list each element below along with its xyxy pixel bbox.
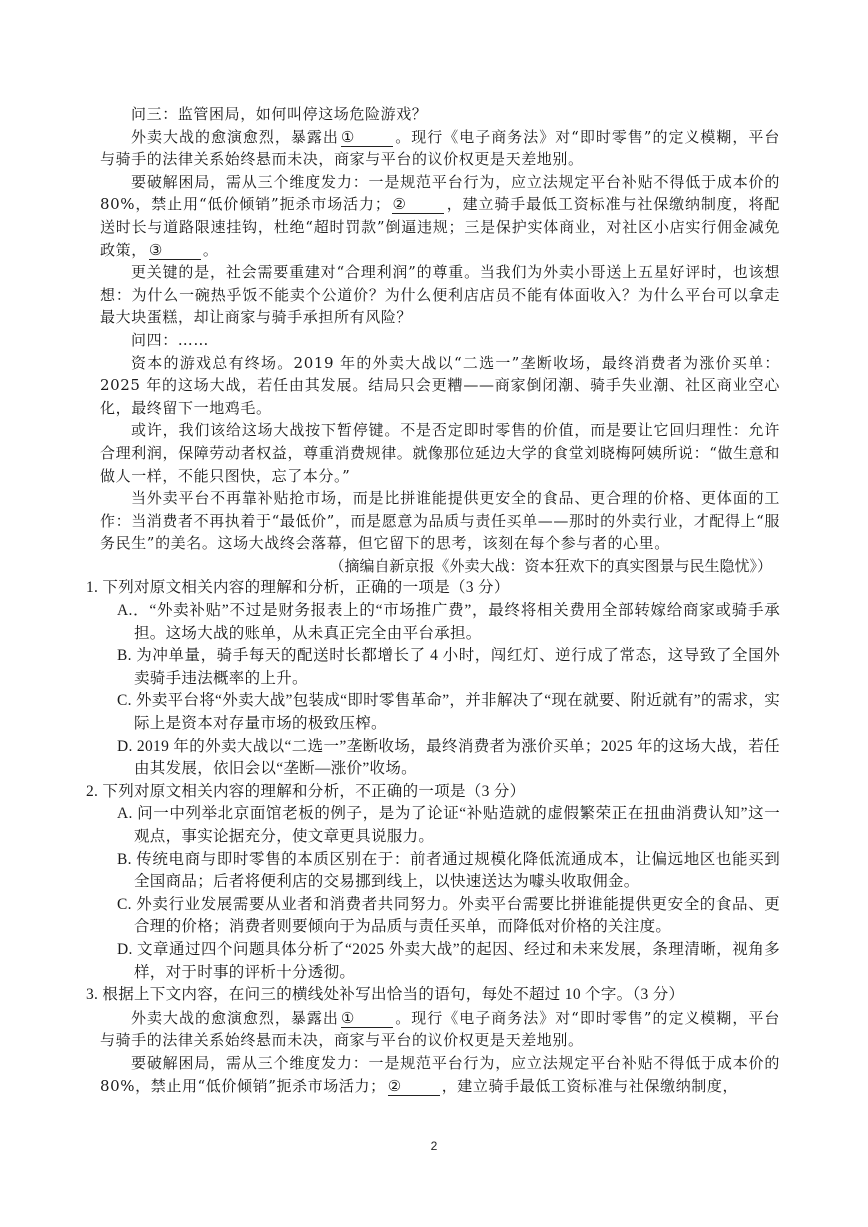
- option-c: C. 外卖平台将“外卖大战”包装成“即时零售革命”，并非解决了“现在就要、附近就…: [100, 690, 780, 735]
- text: 外卖大战的愈演愈烈，暴露出: [131, 128, 339, 146]
- q4-heading: 问四：……: [100, 329, 780, 352]
- option-a: A.．“外卖补贴”不过是财务报表上的“市场推广费”，最终将相关费用全部转嫁给商家…: [100, 600, 780, 645]
- quoted-paragraph-1: 外卖大战的愈演愈烈，暴露出①。现行《电子商务法》对“即时零售”的定义模糊，平台与…: [100, 1007, 780, 1052]
- page-number: 2: [0, 1139, 868, 1153]
- option-c: C. 外卖行业发展需要从业者和消费者共同努力。外卖平台需要比拼谁能提供更安全的食…: [100, 894, 780, 939]
- text: 外卖大战的愈演愈烈，暴露出: [131, 1009, 339, 1027]
- fill-blank-3: ③: [149, 241, 201, 260]
- option-b: B. 为冲单量，骑手每天的配送时长都增长了 4 小时，闯红灯、逆行成了常态，这导…: [100, 645, 780, 690]
- fill-blank-1: ①: [341, 128, 393, 147]
- text: 。: [203, 241, 219, 259]
- question-2: 2. 下列对原文相关内容的理解和分析，不正确的一项是（3 分） A. 问一中列举…: [100, 781, 780, 984]
- text: ，建立骑手最低工资标准与社保缴纳制度，: [442, 1077, 738, 1095]
- quoted-paragraph-2: 要破解困局，需从三个维度发力：一是规范平台行为，应立法规定平台补贴不得低于成本价…: [100, 1052, 780, 1097]
- paragraph: 资本的游戏总有终场。2019 年的外卖大战以“二选一”垄断收场，最终消费者为涨价…: [100, 352, 780, 420]
- option-b: B. 传统电商与即时零售的本质区别在于：前者通过规模化降低流通成本，让偏远地区也…: [100, 849, 780, 894]
- q3-heading: 问三：监管困局，如何叫停这场危险游戏？: [100, 103, 780, 126]
- question-stem: 2. 下列对原文相关内容的理解和分析，不正确的一项是（3 分）: [86, 781, 780, 804]
- paragraph-blank2-3: 要破解困局，需从三个维度发力：一是规范平台行为，应立法规定平台补贴不得低于成本价…: [100, 171, 780, 261]
- option-d: D. 文章通过四个问题具体分析了“2025 外卖大战”的起因、经过和未来发展，条…: [100, 939, 780, 984]
- paragraph: 或许，我们该给这场大战按下暂停键。不是否定即时零售的价值，而是要让它回归理性：允…: [100, 419, 780, 487]
- fill-blank-2: ②: [388, 1077, 440, 1096]
- fill-blank-1: ①: [341, 1009, 393, 1028]
- paragraph: 当外卖平台不再靠补贴抢市场，而是比拼谁能提供更安全的食品、更合理的价格、更体面的…: [100, 487, 780, 555]
- question-3: 3. 根据上下文内容，在问三的横线处补写出恰当的语句，每处不超过 10 个字。（…: [100, 984, 780, 1097]
- question-1: 1. 下列对原文相关内容的理解和分析，正确的一项是（3 分） A.．“外卖补贴”…: [100, 577, 780, 780]
- paragraph: 更关键的是，社会需要重建对“合理利润”的尊重。当我们为外卖小哥送上五星好评时，也…: [100, 261, 780, 329]
- document-page: 问三：监管困局，如何叫停这场危险游戏？ 外卖大战的愈演愈烈，暴露出①。现行《电子…: [100, 103, 780, 1097]
- source-citation: （摘编自新京报《外卖大战：资本狂欢下的真实图景与民生隐忧》）: [100, 555, 780, 578]
- option-d: D. 2019 年的外卖大战以“二选一”垄断收场，最终消费者为涨价买单；2025…: [100, 736, 780, 781]
- question-stem: 1. 下列对原文相关内容的理解和分析，正确的一项是（3 分）: [86, 577, 780, 600]
- fill-blank-2: ②: [392, 195, 444, 214]
- paragraph-blank1: 外卖大战的愈演愈烈，暴露出①。现行《电子商务法》对“即时零售”的定义模糊，平台与…: [100, 126, 780, 171]
- question-stem: 3. 根据上下文内容，在问三的横线处补写出恰当的语句，每处不超过 10 个字。（…: [86, 984, 780, 1007]
- option-a: A. 问一中列举北京面馆老板的例子，是为了论证“补贴造就的虚假繁荣正在扭曲消费认…: [100, 803, 780, 848]
